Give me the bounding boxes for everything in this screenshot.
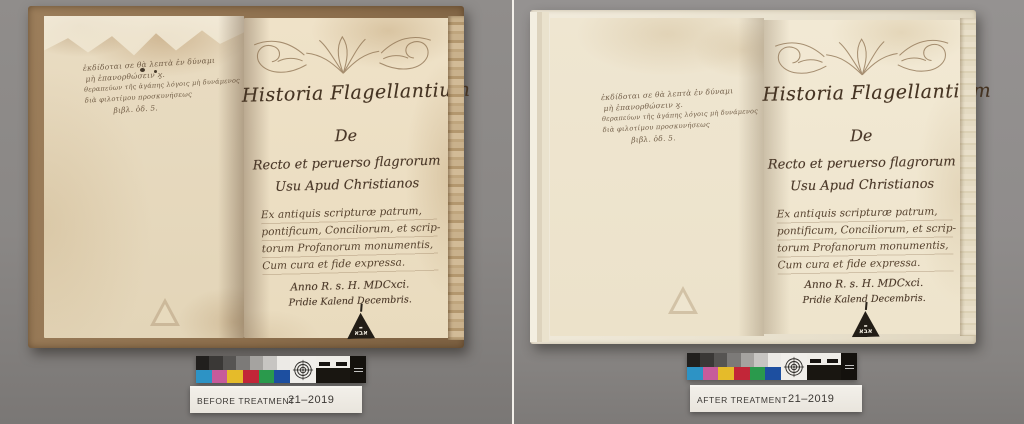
left-page-pastedown: ἐκδίδοται σε θὰ λεπτὰ ἐν δύναμιμὴ ἐπανορ… (44, 16, 244, 338)
binding-edge (542, 12, 549, 342)
color-row (687, 367, 781, 381)
date-line-1: Anno R. s. H. MDCxci. (247, 277, 453, 294)
title-page: Historia Flagellantium De Recto et perue… (244, 18, 450, 338)
ink-mark (865, 302, 867, 310)
ink-mark (360, 304, 362, 312)
color-row (196, 370, 290, 384)
color-patch (196, 356, 209, 370)
fine-print-line (354, 368, 363, 369)
title-page-content: Historia Flagellantium De Recto et perue… (240, 15, 454, 340)
ink-blot (140, 68, 145, 72)
density-bars (316, 356, 350, 383)
color-patch (212, 370, 228, 384)
manuscript-title: Historia Flagellantium (762, 80, 958, 105)
registration-target (781, 353, 807, 380)
color-patch (741, 353, 754, 367)
density-bar (827, 359, 838, 363)
density-bar (336, 362, 347, 366)
fine-print-line (354, 371, 363, 372)
imprint-line: Cum cura et fide expressa. (262, 255, 438, 277)
fore-edge (960, 18, 976, 336)
manuscript-title: Historia Flagellantium (242, 79, 449, 106)
left-page-pastedown: ἐκδίδοται σε θὰ λεπτὰ ἐν δύναμιμὴ ἐπανορ… (550, 18, 764, 336)
black-strip (807, 365, 841, 380)
color-patch (714, 353, 727, 367)
fine-print-line (845, 368, 854, 369)
color-patch (700, 353, 713, 367)
imprint-block: Ex antiquis scripturæ patrum, pontificum… (261, 204, 439, 277)
color-patch (718, 367, 734, 381)
photo-before-treatment: ἐκδίδοται σε θὰ λεπτὰ ἐν δύναμιμὴ ἐπανορ… (0, 0, 512, 424)
binding-edge (530, 12, 537, 342)
color-patch (765, 367, 781, 381)
color-calibration-target (196, 356, 366, 383)
color-patch (243, 370, 259, 384)
color-patch (274, 370, 290, 384)
title-page-content: Historia Flagellantium De Recto et perue… (761, 18, 962, 335)
density-bars-white-strip (316, 356, 350, 368)
fine-print-line (845, 365, 854, 366)
color-patch (196, 370, 212, 384)
color-patch (250, 356, 263, 370)
manuscript-de: De (243, 123, 449, 147)
color-patch (754, 353, 767, 367)
triangle-ownership-stamp: ▬ אבא (345, 307, 376, 340)
triangle-ownership-stamp: ▬ אבא (850, 306, 881, 339)
color-patch (263, 356, 276, 370)
book-after: ἐκδίδοται σε θὰ λεπτὰ ἐν δύναμιμὴ ἐπανορ… (530, 10, 976, 344)
color-patch-area (687, 353, 781, 380)
blind-triangle-mark (150, 298, 180, 326)
density-bar (319, 362, 330, 366)
stamp-triangle: ▬ אבא (851, 311, 879, 337)
manuscript-subtitle-1: Recto et peruerso flagrorum (764, 154, 960, 172)
color-patch (703, 367, 719, 381)
color-patch (236, 356, 249, 370)
color-patch-area (196, 356, 290, 383)
manuscript-de: De (763, 124, 959, 146)
manuscript-subtitle-1: Recto et peruerso flagrorum (243, 153, 449, 173)
manuscript-subtitle-2: Usu Apud Christianos (764, 176, 960, 194)
density-bar (810, 359, 821, 363)
handwritten-annotation: ἐκδίδοται σε θὰ λεπτὰ ἐν δύναμιμὴ ἐπανορ… (82, 53, 241, 117)
manuscript-subtitle-2: Usu Apud Christianos (244, 175, 450, 195)
book-before: ἐκδίδοται σε θὰ λεπτὰ ἐν δύναμιμὴ ἐπανορ… (28, 6, 464, 348)
stamp-hebrew-text: אבא (354, 330, 368, 337)
target-endcap-fine-print (350, 356, 366, 383)
tattered-fore-edge (448, 16, 464, 340)
black-strip (316, 368, 350, 383)
target-endcap-fine-print (841, 353, 857, 380)
photo-divider (512, 0, 514, 424)
color-patch (687, 353, 700, 367)
date-line-1: Anno R. s. H. MDCxci. (766, 276, 962, 291)
registration-target (290, 356, 316, 383)
treatment-label-before: BEFORE TREATMENT 21–2019 (190, 386, 362, 413)
title-page: Historia Flagellantium De Recto et perue… (764, 20, 960, 334)
treatment-label-after: AFTER TREATMENT 21–2019 (690, 385, 862, 412)
color-patch (687, 367, 703, 381)
concentric-circles-icon (783, 356, 805, 378)
date-line-2: Pridie Kalend Decembris. (766, 292, 962, 306)
color-patch (227, 370, 243, 384)
color-calibration-target (687, 353, 857, 380)
color-patch (259, 370, 275, 384)
conservation-photo-pair: ἐκδίδοται σε θὰ λεπτὰ ἐν δύναμιμὴ ἐπανορ… (0, 0, 1024, 424)
handwritten-annotation: ἐκδίδοται σε θὰ λεπτὰ ἐν δύναμιμὴ ἐπανορ… (601, 84, 760, 147)
treatment-label-text: AFTER TREATMENT (697, 395, 787, 405)
color-patch (734, 367, 750, 381)
concentric-circles-icon (292, 359, 314, 381)
grayscale-row (196, 356, 290, 370)
color-patch (277, 356, 290, 370)
object-number: 21–2019 (288, 394, 334, 406)
color-patch (209, 356, 222, 370)
treatment-label-text: BEFORE TREATMENT (197, 396, 295, 406)
blind-triangle-mark (668, 286, 698, 314)
density-bars-white-strip (807, 353, 841, 365)
imprint-line: Cum cura et fide expressa. (777, 255, 953, 275)
color-patch (727, 353, 740, 367)
grayscale-row (687, 353, 781, 367)
imprint-block: Ex antiquis scripturæ patrum, pontificum… (777, 204, 954, 275)
color-patch (750, 367, 766, 381)
ink-blot (154, 70, 157, 73)
photo-after-treatment: ἐκδίδοται σε θὰ λεπτὰ ἐν δύναμιμὴ ἐπανορ… (512, 0, 1024, 424)
object-number: 21–2019 (788, 393, 834, 405)
pen-flourish-headpiece (246, 28, 439, 83)
stamp-triangle: ▬ אבא (347, 312, 376, 339)
color-patch (223, 356, 236, 370)
gutter-shadow (738, 18, 764, 336)
density-bars (807, 353, 841, 380)
pen-flourish-headpiece (767, 30, 956, 83)
stamp-hebrew-text: אבא (859, 328, 873, 335)
color-patch (768, 353, 781, 367)
